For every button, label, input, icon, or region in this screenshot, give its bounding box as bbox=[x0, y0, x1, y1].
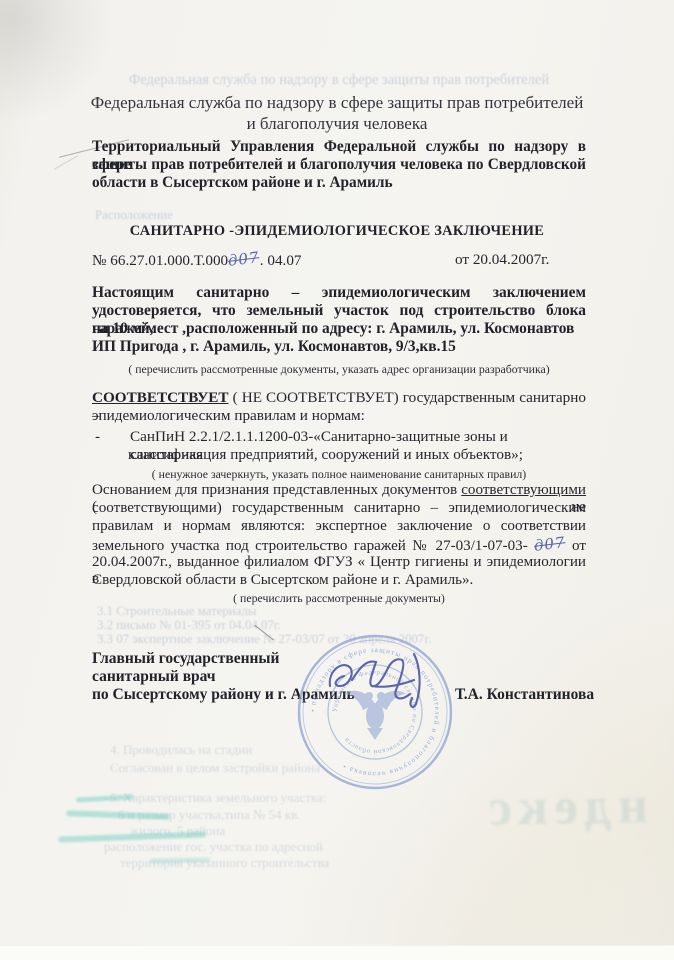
signatory-title-line1: Главный государственный bbox=[92, 650, 279, 668]
compliance-verdict: СООТВЕТСТВУЕТ bbox=[92, 389, 229, 406]
teal-mark-4 bbox=[150, 857, 210, 863]
basis-l1a: Основанием для признания представленных … bbox=[92, 482, 457, 498]
mirrored-watermark: ндекс bbox=[418, 776, 649, 839]
certificate-number-row: № 66.27.01.000.Т.000д07. 04.07 от 20.04.… bbox=[92, 251, 586, 270]
handwritten-number: д07 bbox=[227, 248, 261, 270]
ghost-mid-line2: 3.2 письмо № 01-395 от 04.04.07г. bbox=[97, 618, 281, 633]
sanpin-item-line2: классификация предприятий, сооружений и … bbox=[128, 446, 568, 464]
territorial-office-line2: защиты прав потребителей и благополучия … bbox=[92, 156, 586, 174]
ghost-mid-line1: 3.1 Строительные материалы bbox=[97, 604, 256, 619]
territorial-office-line3: области в Сысертском районе и г. Арамиль bbox=[92, 174, 586, 192]
basis-line4: земельного участка под строительство гар… bbox=[92, 536, 586, 555]
agency-name-line1: Федеральная служба по надзору в сфере за… bbox=[0, 93, 674, 113]
agency-name-line2: и благополучия человека bbox=[0, 114, 674, 134]
compliance-line2: эпидемиологическим правилам и нормам: bbox=[92, 407, 586, 425]
document-title: САНИТАРНО -ЭПИДЕМИОЛОГИЧЕСКОЕ ЗАКЛЮЧЕНИЕ bbox=[0, 223, 674, 240]
signatory-title-line2: санитарный врач bbox=[92, 668, 216, 686]
certificate-date: от 20.04.2007г. bbox=[455, 251, 549, 269]
ghost-label: Расположение bbox=[95, 208, 173, 223]
ghost-bottom-line3: 5. Характеристика земельного участка: bbox=[110, 790, 326, 806]
certificate-number-prefix: № 66.27.01.000.Т.000 bbox=[92, 252, 228, 269]
basis-line2: соответствующими) государственным санита… bbox=[92, 500, 586, 517]
basis-l4c: от bbox=[572, 538, 586, 554]
scan-edge-strip bbox=[0, 945, 674, 960]
ghost-bottom-line6: расположение гос. участка по адресной bbox=[104, 839, 323, 855]
signatory-name: Т.А. Константинова bbox=[455, 686, 594, 704]
basis-l4a: земельного участка под строительство гар… bbox=[92, 538, 528, 554]
ghost-bottom-line1: 4. Проводилась на стадии bbox=[110, 742, 252, 758]
scanned-document-page: Федеральная служба по надзору в сфере за… bbox=[0, 0, 674, 960]
ghost-header-line: Федеральная служба по надзору в сфере за… bbox=[92, 72, 586, 89]
signature bbox=[322, 646, 448, 710]
ghost-bottom-line2: Согласован в целом застройки района bbox=[110, 760, 320, 776]
statement-line4: ИП Пригода , г. Арамиль, ул. Космонавтов… bbox=[92, 338, 586, 356]
basis-underlined-word: соответствующими bbox=[461, 482, 586, 498]
staple-crease-mark-2 bbox=[54, 155, 79, 170]
compliance-footnote: ( ненужное зачеркнуть, указать полное на… bbox=[92, 467, 586, 482]
certificate-number-suffix: . 04.07 bbox=[260, 252, 302, 269]
statement-line3: на 10 м/мест ,расположенный по адресу: г… bbox=[92, 320, 586, 338]
handwritten-number-2: д07 bbox=[533, 533, 567, 555]
statement-line1: Настоящим санитарно – эпидемиологическим… bbox=[92, 284, 586, 302]
sanpin-dash: - bbox=[95, 428, 100, 446]
basis-line3: правилам и нормам являются: экспертное з… bbox=[92, 518, 586, 535]
statement-footnote: ( перечислить рассмотренные документы, у… bbox=[92, 362, 586, 377]
basis-line6: Свердловской области в Сысертском районе… bbox=[92, 572, 586, 589]
